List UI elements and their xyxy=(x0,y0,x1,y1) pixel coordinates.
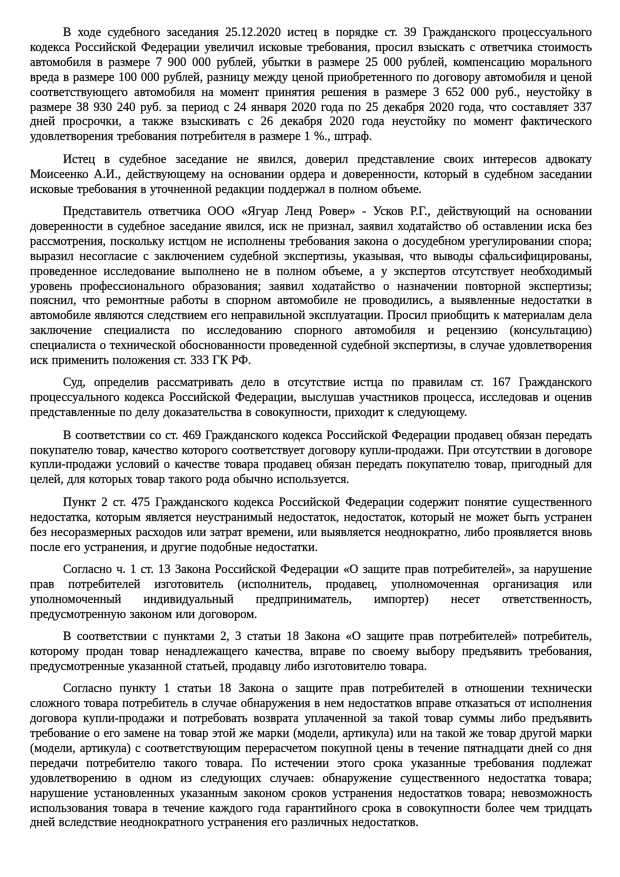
paragraph-defendant-position: Представитель ответчика ООО «Ягуар Ленд … xyxy=(30,204,592,368)
paragraph-article-469: В соответствии со ст. 469 Гражданского к… xyxy=(30,428,592,488)
paragraph-court-proceeds: Суд, определив рассматривать дело в отсу… xyxy=(30,375,592,420)
paragraph-plaintiff-absence: Истец в судебное заседание не явился, до… xyxy=(30,152,592,197)
paragraph-article-475: Пункт 2 ст. 475 Гражданского кодекса Рос… xyxy=(30,495,592,555)
paragraph-law-article-18-p2-3: В соответствии с пунктами 2, 3 статьи 18… xyxy=(30,629,592,674)
court-decision-scanned-page: В ходе судебного заседания 25.12.2020 ис… xyxy=(0,0,620,877)
paragraph-law-article-13: Согласно ч. 1 ст. 13 Закона Российской Ф… xyxy=(30,562,592,622)
paragraph-law-article-18-p1: Согласно пункту 1 статьи 18 Закона о защ… xyxy=(30,681,592,830)
paragraph-claim-increase: В ходе судебного заседания 25.12.2020 ис… xyxy=(30,25,592,144)
